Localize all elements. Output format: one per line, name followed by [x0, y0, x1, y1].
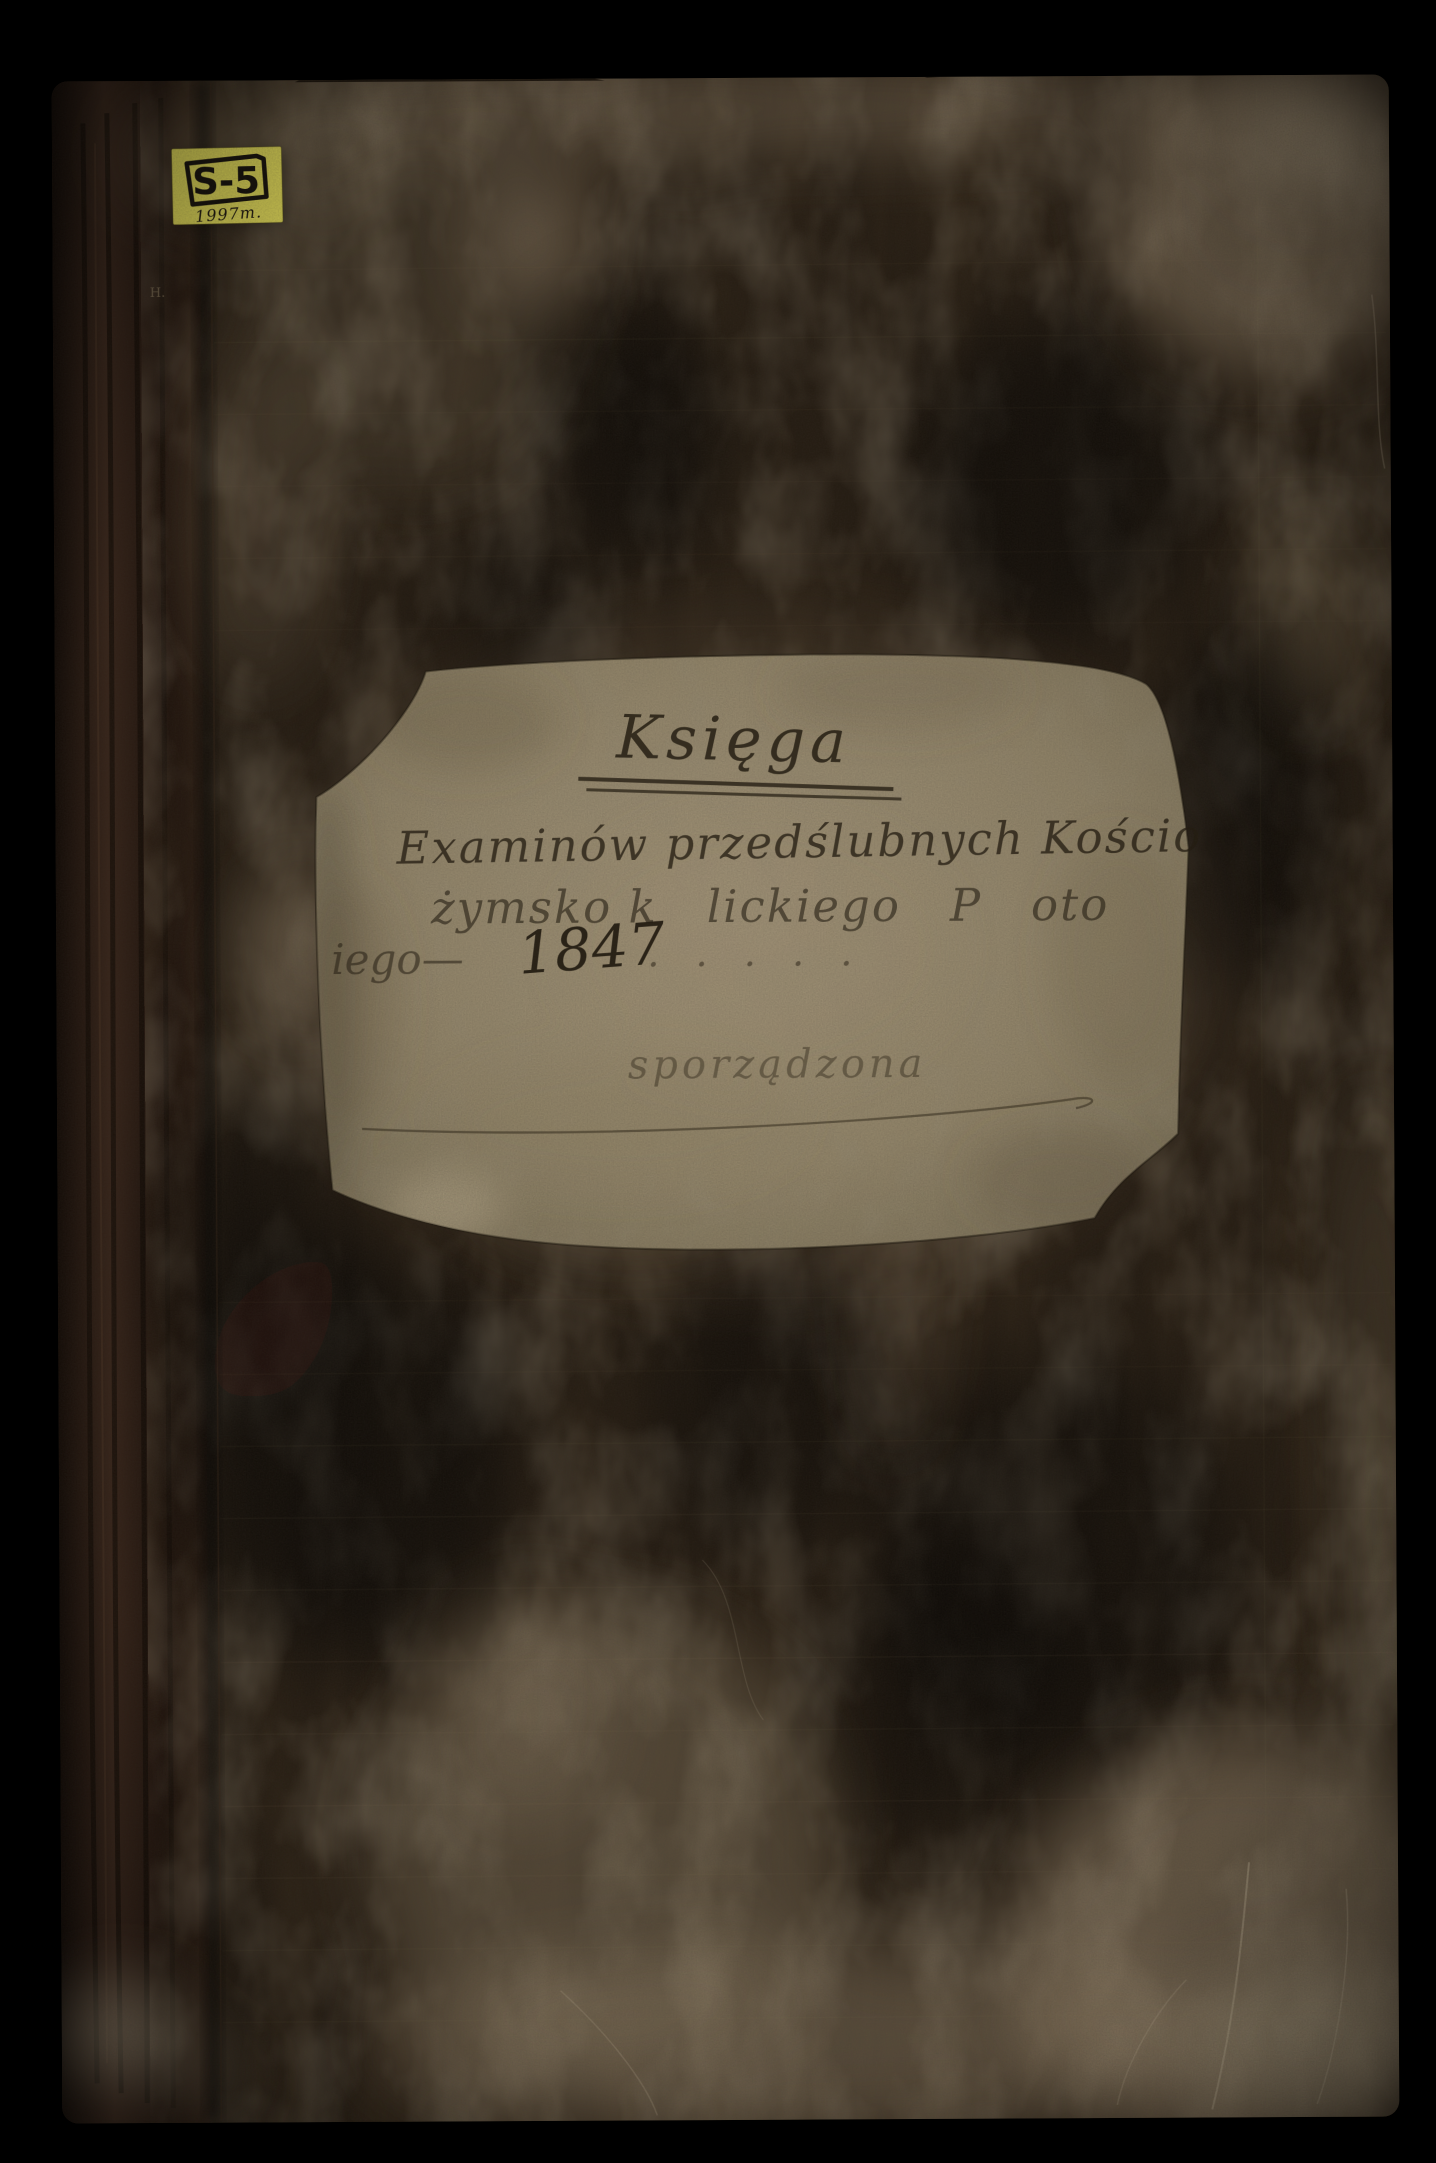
book: Księga Examinów przedślubnych Kościo żym… — [52, 51, 1436, 2163]
photo-vignette — [52, 75, 1400, 2124]
scanned-photo: Księga Examinów przedślubnych Kościo żym… — [0, 0, 1436, 2163]
